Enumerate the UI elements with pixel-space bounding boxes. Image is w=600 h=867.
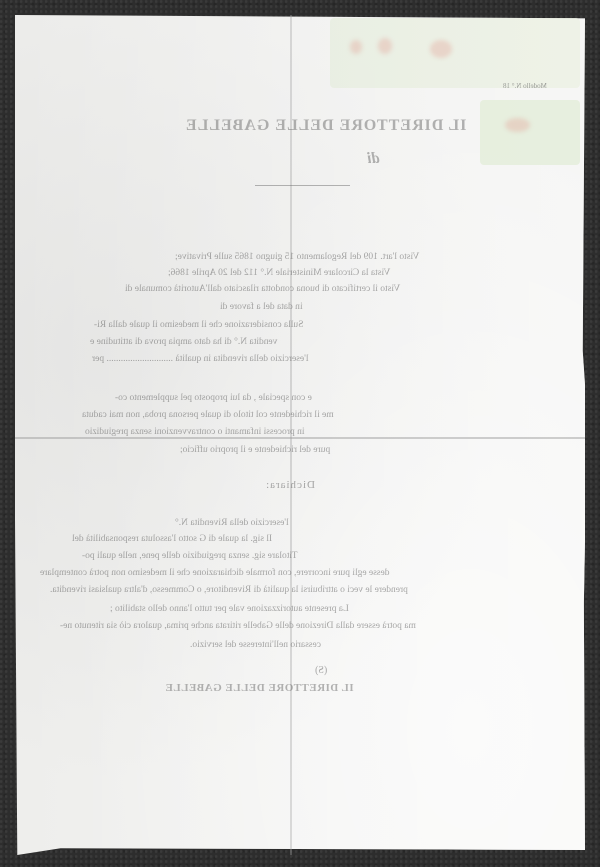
body-line: pure del richiedente e il proprio uffici… — [180, 445, 330, 455]
body-line: in processi infamanti o contravvenzioni … — [85, 427, 304, 437]
header-subtitle: di — [367, 150, 379, 168]
body-line: Il sig. la quale di G sotto l'assoluta r… — [72, 534, 272, 544]
body-line: Vista la Circolare Ministeriale N.° 112 … — [168, 268, 390, 278]
body-line: cessario nell'interesse del servizio. — [190, 640, 321, 650]
body-line: vendita N.° di ha dato ampia prova di at… — [90, 337, 277, 347]
body-line: desse egli pure incorrere, con formale d… — [40, 568, 390, 578]
signature-title: IL DIRETTORE DELLE GABELLE — [165, 682, 354, 694]
body-line: prendere le veci o attribuirsi la qualit… — [50, 585, 408, 595]
model-number: Modello N.° 18 — [503, 82, 547, 90]
horizontal-fold — [15, 437, 585, 439]
body-line: Sulla considerazione che il medesimo il … — [94, 320, 303, 330]
stain-spot — [430, 40, 452, 58]
body-line: ma potrà essere dalla Direzione delle Ga… — [60, 621, 416, 631]
stain-spot — [378, 38, 392, 54]
declaration-heading: Dichiara: — [265, 479, 315, 491]
body-line: me il richiedente col titolo di quale pe… — [82, 410, 334, 420]
body-line: Visto il certificato di buona condotta r… — [125, 284, 400, 294]
body-line: l'esercizio della rivendita in qualità .… — [92, 354, 308, 364]
header-title: IL DIRETTORE DELLE GABELLE — [185, 117, 466, 135]
body-line: l'esercizio della Rivendita N.° — [175, 518, 289, 528]
body-line: Visto l'art. 109 del Regolamento 15 giug… — [175, 252, 419, 262]
stain-spot — [350, 40, 362, 54]
body-line: in data del a favore di — [220, 302, 303, 312]
body-line: e con speciale , da lui proposto pel sup… — [115, 393, 312, 403]
header-rule — [255, 185, 350, 186]
body-line: La presente autorizzazione vale per tutt… — [110, 604, 349, 614]
seal-mark: (S) — [315, 665, 327, 676]
body-line: Titolare sig. senza pregiudizio delle pe… — [82, 551, 297, 561]
stain-spot — [505, 118, 530, 132]
